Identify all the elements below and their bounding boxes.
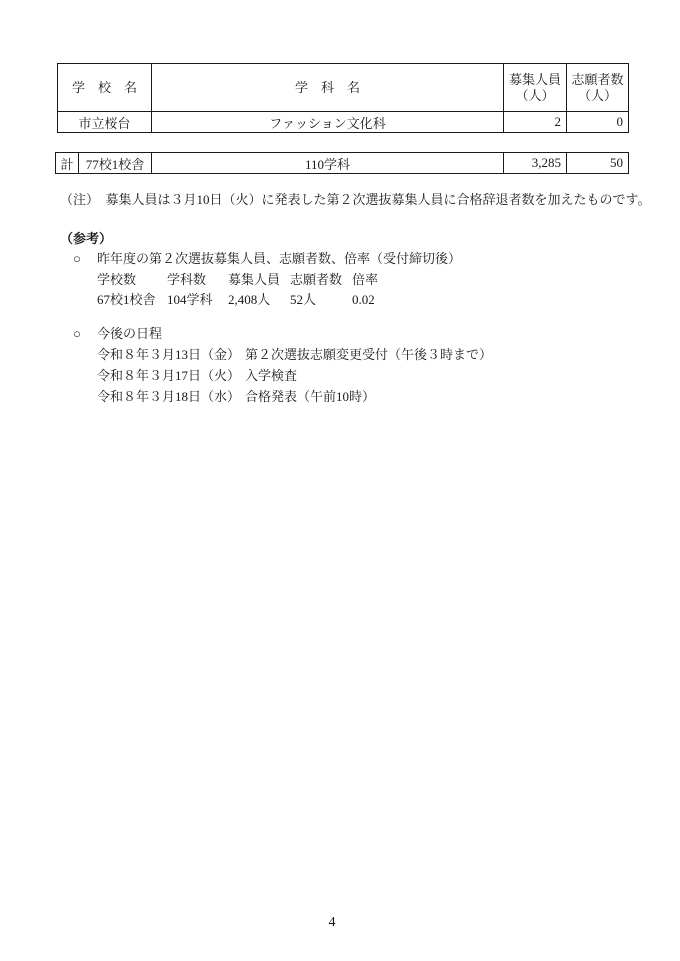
cell-applicants: 0 [567, 112, 629, 133]
val-capacity: 2,408人 [228, 292, 290, 308]
col-capacity: 募集人員 [228, 272, 290, 288]
total-departments: 110学科 [152, 153, 504, 174]
schedule-date: 令和８年３月17日（火） [97, 368, 245, 384]
table-row: 市立桜台 ファッション文化科 2 0 [58, 112, 629, 133]
header-capacity: 募集人員 （人） [504, 64, 567, 112]
prev-year-column-headers: 学校数学科数募集人員志願者数倍率 [97, 272, 378, 288]
col-dept-count: 学科数 [167, 272, 228, 288]
val-applicants: 52人 [290, 292, 352, 308]
schedule-date: 令和８年３月13日（金） [97, 347, 245, 363]
reference-heading: （参考） [60, 231, 112, 247]
col-ratio: 倍率 [352, 272, 378, 288]
schedule-row: 令和８年３月18日（水）合格発表（午前10時） [97, 389, 375, 405]
val-school-count: 67校1校舎 [97, 292, 167, 308]
col-school-count: 学校数 [97, 272, 167, 288]
total-label: 計 [56, 153, 79, 174]
schedule-row: 令和８年３月13日（金）第２次選抜志願変更受付（午後３時まで） [97, 347, 492, 363]
page-number: 4 [0, 915, 664, 931]
schedule-date: 令和８年３月18日（水） [97, 389, 245, 405]
cell-department: ファッション文化科 [152, 112, 504, 133]
header-applicants-line2: （人） [567, 88, 628, 104]
header-capacity-line2: （人） [504, 88, 566, 104]
results-table-header-row: 学 校 名 学 科 名 募集人員 （人） 志願者数 （人） [58, 64, 629, 112]
schedule-event: 第２次選抜志願変更受付（午後３時まで） [245, 347, 492, 362]
footnote: （注） 募集人員は３月10日（火）に発表した第２次選抜募集人員に合格辞退者数を加… [60, 192, 650, 208]
val-ratio: 0.02 [352, 292, 375, 308]
bullet-circle-icon: ○ [73, 251, 97, 267]
schedule-row: 令和８年３月17日（火）入学検査 [97, 368, 297, 384]
schedule-heading-line: ○今後の日程 [73, 326, 162, 342]
bullet-circle-icon: ○ [73, 326, 97, 342]
header-applicants: 志願者数 （人） [567, 64, 629, 112]
cell-capacity: 2 [504, 112, 567, 133]
header-department-name: 学 科 名 [152, 64, 504, 112]
prev-year-title: 昨年度の第２次選抜募集人員、志願者数、倍率（受付締切後） [97, 251, 461, 266]
total-applicants: 50 [567, 153, 629, 174]
prev-year-line: ○昨年度の第２次選抜募集人員、志願者数、倍率（受付締切後） [73, 251, 461, 267]
header-applicants-line1: 志願者数 [567, 72, 628, 88]
total-capacity: 3,285 [504, 153, 567, 174]
col-applicants: 志願者数 [290, 272, 352, 288]
total-schools: 77校1校舎 [79, 153, 152, 174]
totals-table: 計 77校1校舎 110学科 3,285 50 [55, 152, 629, 174]
document-page: 学 校 名 学 科 名 募集人員 （人） 志願者数 （人） 市立桜台 ファッショ… [0, 0, 680, 961]
totals-row: 計 77校1校舎 110学科 3,285 50 [56, 153, 629, 174]
header-capacity-line1: 募集人員 [504, 72, 566, 88]
results-table: 学 校 名 学 科 名 募集人員 （人） 志願者数 （人） 市立桜台 ファッショ… [57, 63, 629, 133]
prev-year-values: 67校1校舎104学科2,408人52人0.02 [97, 292, 375, 308]
schedule-event: 合格発表（午前10時） [245, 389, 375, 404]
cell-school: 市立桜台 [58, 112, 152, 133]
schedule-title: 今後の日程 [97, 326, 162, 341]
header-school-name: 学 校 名 [58, 64, 152, 112]
val-dept-count: 104学科 [167, 292, 228, 308]
schedule-event: 入学検査 [245, 368, 297, 383]
